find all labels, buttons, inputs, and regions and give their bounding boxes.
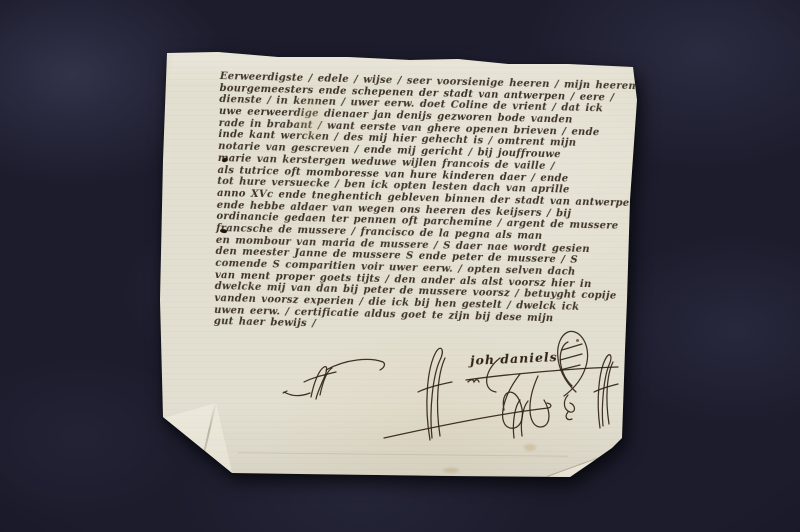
signature-flourishes xyxy=(148,40,670,488)
signature-underline xyxy=(466,358,618,428)
notary-paraph-right xyxy=(594,355,618,428)
photo-velvet-background: Eerweerdigste / edele / wijse / seer voo… xyxy=(0,0,800,532)
notary-knot-flourish xyxy=(558,331,588,419)
manuscript-paper: Eerweerdigste / edele / wijse / seer voo… xyxy=(148,40,670,488)
notary-paraph-left xyxy=(283,359,384,399)
notary-paraph-small xyxy=(384,400,551,438)
notary-paraph-tall xyxy=(418,348,452,440)
